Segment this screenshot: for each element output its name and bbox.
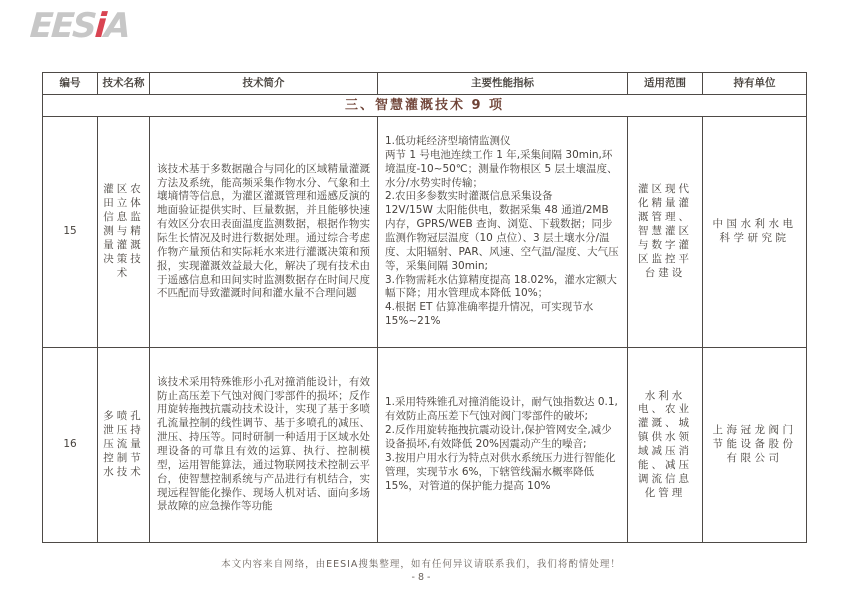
col-header-performance: 主要性能指标	[378, 73, 628, 95]
table-header-row: 编号 技术名称 技术简介 主要性能指标 适用范围 持有单位	[43, 73, 807, 95]
row-15-performance: 1.低功耗经济型墒情监测仪 两节 1 号电池连续工作 1 年,采集间隔 30mi…	[378, 117, 628, 348]
logo-text-ees: EES	[29, 6, 97, 46]
perf-line: 12V/15W 太阳能供电，数据采集 48 通道/2MB 内存，GPRS/WEB…	[385, 204, 620, 273]
col-header-holder: 持有单位	[703, 73, 807, 95]
perf-line: 1.低功耗经济型墒情监测仪	[385, 135, 620, 149]
page-number: - 8 -	[0, 572, 842, 583]
section-title: 三、智慧灌溉技术 9 项	[43, 95, 807, 117]
perf-line: 1.采用特殊锥孔对撞消能设计，耐气蚀指数达 0.1,有效防止高压差下气蚀对阀门零…	[385, 396, 620, 424]
row-16-scope: 水利水电、农业灌溉、城镇供水领域减压消能、减压调流信息化管理	[628, 348, 703, 543]
row-16-name: 多喷孔泄压持压流量控制节水技术	[98, 348, 150, 543]
perf-line: 4.根据 ET 估算准确率提升情况，可实现节水 15%~21%	[385, 301, 620, 329]
row-16-holder: 上海冠龙阀门节能设备股份有限公司	[703, 348, 807, 543]
col-header-intro: 技术简介	[150, 73, 378, 95]
logo-text-a: A	[103, 6, 130, 46]
row-16-id: 16	[43, 348, 98, 543]
row-16-performance: 1.采用特殊锥孔对撞消能设计，耐气蚀指数达 0.1,有效防止高压差下气蚀对阀门零…	[378, 348, 628, 543]
section-row: 三、智慧灌溉技术 9 项	[43, 95, 807, 117]
row-16-intro: 该技术采用特殊锥形小孔对撞消能设计，有效防止高压差下气蚀对阀门零部件的损坏；反作…	[150, 348, 378, 543]
perf-line: 两节 1 号电池连续工作 1 年,采集间隔 30min,环境温度-10~50℃；…	[385, 149, 620, 191]
row-15-id: 15	[43, 117, 98, 348]
eesia-logo: EESiA	[29, 6, 131, 46]
row-15-holder: 中国水利水电科学研究院	[703, 117, 807, 348]
technology-table: 编号 技术名称 技术简介 主要性能指标 适用范围 持有单位 三、智慧灌溉技术 9…	[42, 72, 807, 543]
perf-line: 2.农田多参数实时灌溉信息采集设备	[385, 190, 620, 204]
col-header-id: 编号	[43, 73, 98, 95]
row-15-intro: 该技术基于多数据融合与同化的区域精量灌溉方法及系统，能高频采集作物水分、气象和土…	[150, 117, 378, 348]
perf-line: 3.按用户用水行为特点对供水系统压力进行智能化管理，实现节水 6%，下辖管线漏水…	[385, 452, 620, 494]
col-header-scope: 适用范围	[628, 73, 703, 95]
table-row: 15 灌区农田立体信息监测与精量灌溉决策技术 该技术基于多数据融合与同化的区域精…	[43, 117, 807, 348]
row-15-name: 灌区农田立体信息监测与精量灌溉决策技术	[98, 117, 150, 348]
footer-disclaimer: 本文内容来自网络，由EESIA搜集整理，如有任何异议请联系我们，我们将酌情处理！	[0, 556, 842, 570]
perf-line: 2.反作用旋转拖拽抗震动设计,保护管网安全,减少设备损坏,有效降低 20%因震动…	[385, 424, 620, 452]
perf-line: 3.作物需耗水估算精度提高 18.02%，灌水定额大幅下降；用水管理成本降低 1…	[385, 274, 620, 302]
col-header-name: 技术名称	[98, 73, 150, 95]
table-row: 16 多喷孔泄压持压流量控制节水技术 该技术采用特殊锥形小孔对撞消能设计，有效防…	[43, 348, 807, 543]
row-15-scope: 灌区现代化精量灌溉管理、智慧灌区与数字灌区监控平台建设	[628, 117, 703, 348]
